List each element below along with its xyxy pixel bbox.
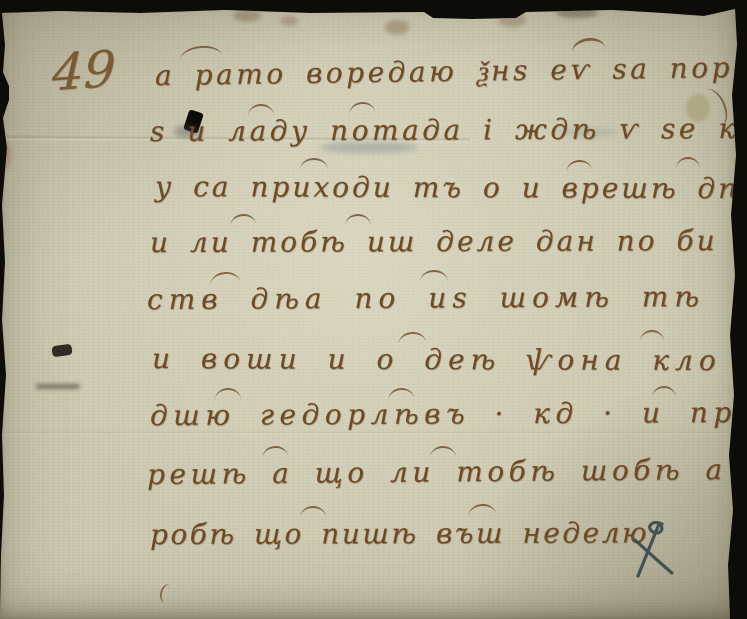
titlo-mark — [300, 506, 326, 518]
ink-stain — [385, 20, 409, 35]
titlo-mark — [430, 446, 456, 458]
titlo-mark — [566, 159, 593, 173]
manuscript-line: и воши и о деѣ ѱона кло ѕиѕѣ — [152, 345, 747, 375]
titlo-mark — [652, 386, 676, 398]
smudge-line — [36, 384, 80, 389]
ink-stain — [280, 16, 298, 26]
titlo-mark — [300, 158, 328, 170]
titlo-mark — [215, 388, 241, 400]
titlo-mark — [640, 330, 664, 342]
manuscript-page: 49 а рато воредаю ѯнѕ еѵ ѕа порошюда хо … — [0, 0, 747, 619]
manuscript-line: решѣ а що ли тобѣ шобѣ а ѕлобѣ ибо — [147, 454, 747, 489]
titlo-mark — [468, 503, 497, 517]
titlo-mark — [388, 387, 415, 401]
manuscript-line: ств дѣа по иѕ шомѣ тѣ сечи даѣ — [147, 282, 747, 314]
manuscript-scan: 49 а рато воредаю ѯнѕ еѵ ѕа порошюда хо … — [0, 0, 747, 619]
titlo-mark — [570, 36, 605, 54]
manuscript-line: робѣ що пишѣ въш неделю — [150, 519, 649, 549]
titlo-mark — [345, 214, 371, 226]
titlo-mark — [420, 270, 448, 282]
manuscript-line: дшю гедорлѣвъ · кд · и пришо виѣ — [150, 398, 747, 430]
titlo-mark — [349, 101, 376, 115]
manuscript-line: и ли тобѣ иш деле дан по би та на при — [150, 226, 747, 257]
ink-stain — [233, 10, 261, 22]
titlo-mark — [262, 445, 289, 458]
ink-stain — [498, 13, 526, 27]
manuscript-line: ѕ и ладу потада і ждѣ ѵ ѕе камана иѣ — [150, 114, 747, 146]
manuscript-line: у са приходи тъ о и врешѣ дѣш неделю — [155, 173, 747, 204]
titlo-mark — [230, 213, 257, 226]
manuscript-line: а рато воредаю ѯнѕ еѵ ѕа порошюда хо — [155, 51, 747, 90]
ink-stain — [556, 8, 598, 18]
pen-flourish — [158, 582, 178, 605]
folio-number: 49 — [51, 44, 116, 99]
ink-blot — [51, 344, 72, 358]
titlo-mark — [676, 157, 700, 169]
titlo-mark — [398, 331, 427, 345]
archive-cross-icon — [628, 518, 676, 582]
titlo-mark — [248, 104, 274, 116]
red-stain — [0, 140, 10, 170]
